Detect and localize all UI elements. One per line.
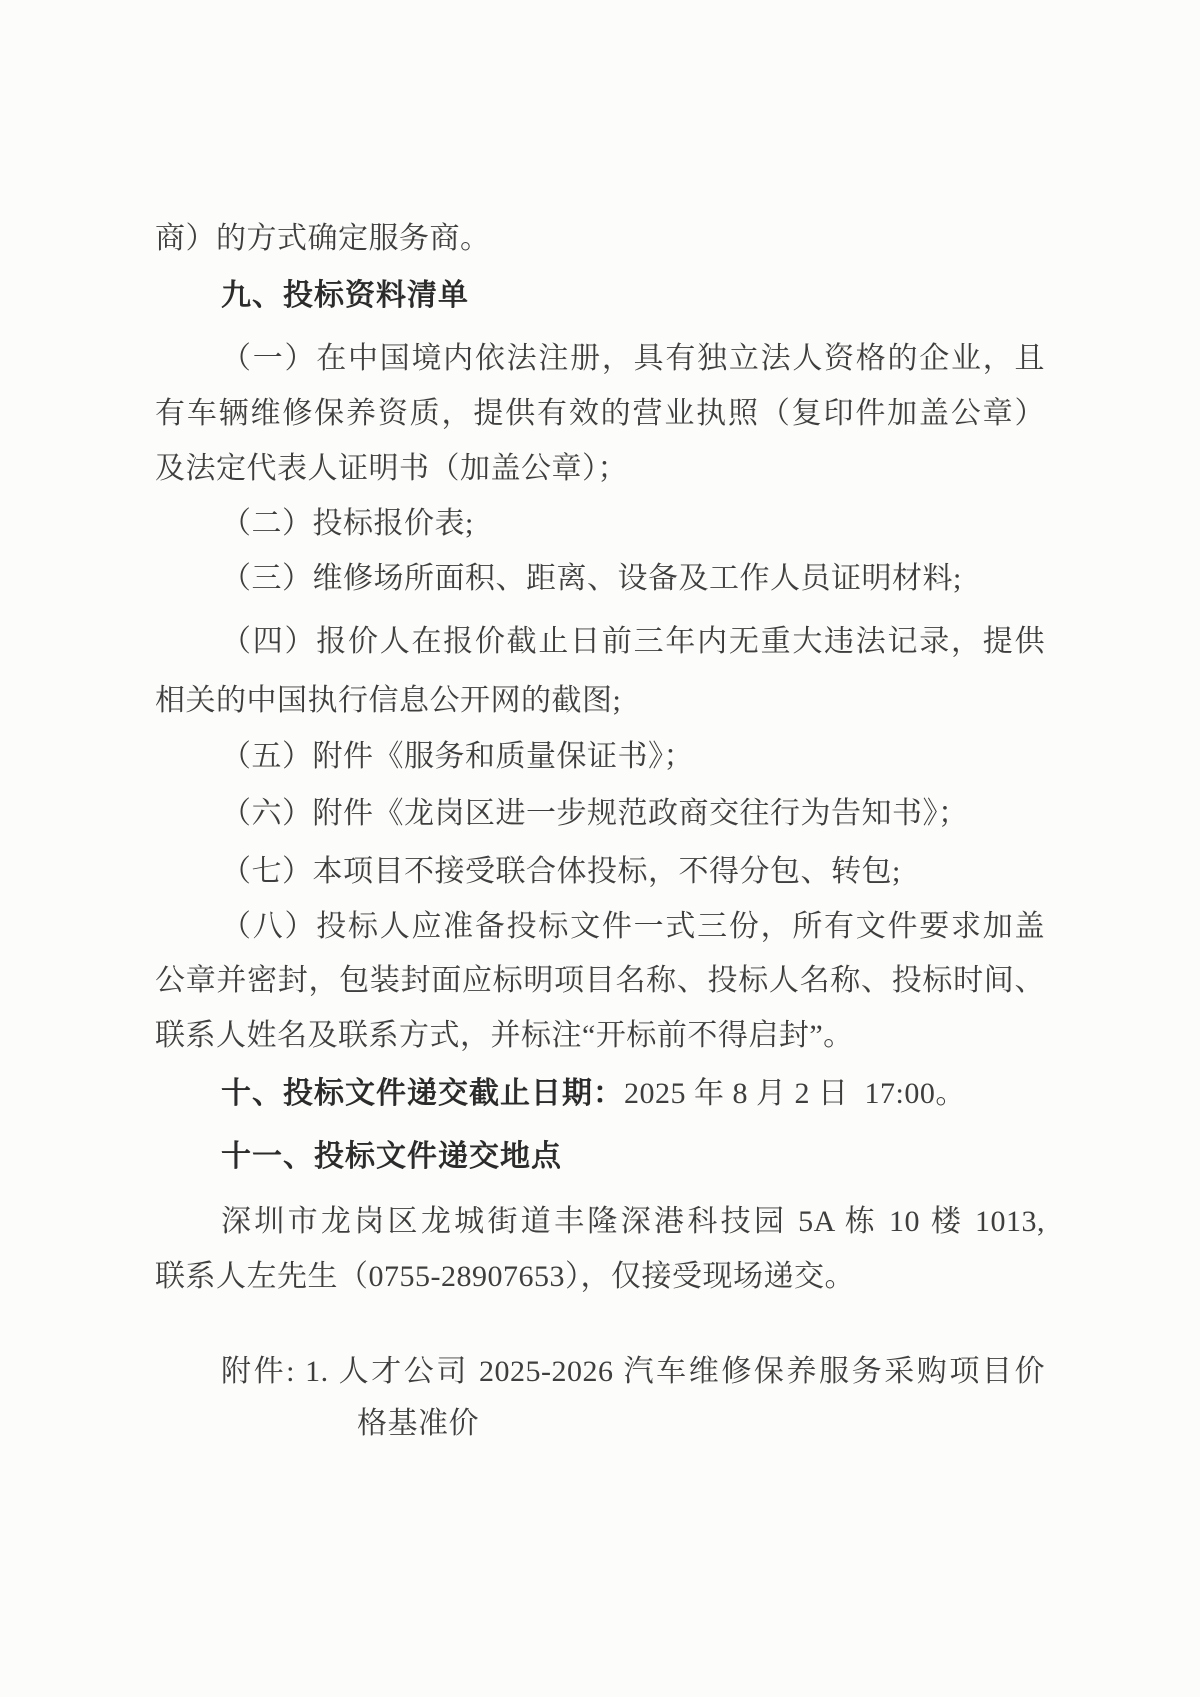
list-item-5: （五）附件《服务和质量保证书》； — [155, 740, 1045, 774]
list-item-8-line-1: （八）投标人应准备投标文件一式三份，所有文件要求加盖 — [155, 910, 1045, 944]
attachment-line-2: 格基准价 — [155, 1407, 1045, 1441]
address-line-1: 深圳市龙岗区龙城街道丰隆深港科技园 5A 栋 10 楼 1013, — [155, 1205, 1045, 1239]
section-9-heading: 九、投标资料清单 — [155, 279, 1045, 313]
scanned-document-page: 商）的方式确定服务商。 九、投标资料清单 （一）在中国境内依法注册，具有独立法人… — [0, 0, 1200, 1697]
list-item-8-line-3: 联系人姓名及联系方式，并标注“开标前不得启封”。 — [155, 1019, 1045, 1053]
list-item-1-line-1: （一）在中国境内依法注册，具有独立法人资格的企业，且 — [155, 342, 1045, 376]
section-11-heading: 十一、投标文件递交地点 — [155, 1140, 1045, 1174]
address-line-2: 联系人左先生（0755-28907653），仅接受现场递交。 — [155, 1260, 1045, 1294]
list-item-1-line-3: 及法定代表人证明书（加盖公章）； — [155, 452, 1045, 486]
section-10-deadline-value: 2025 年 8 月 2 日 17:00。 — [624, 1077, 966, 1110]
list-item-2: （二）投标报价表; — [155, 507, 1045, 541]
doc-line: 商）的方式确定服务商。 — [155, 222, 1045, 256]
list-item-3: （三）维修场所面积、距离、设备及工作人员证明材料; — [155, 562, 1045, 596]
list-item-4-line-1: （四）报价人在报价截止日前三年内无重大违法记录，提供 — [155, 625, 1045, 659]
section-10-heading-label: 十、投标文件递交截止日期： — [221, 1077, 624, 1110]
list-item-8-line-2: 公章并密封，包装封面应标明项目名称、投标人名称、投标时间、 — [155, 964, 1045, 998]
list-item-1-line-2: 有车辆维修保养资质，提供有效的营业执照（复印件加盖公章） — [155, 397, 1045, 431]
list-item-4-line-2: 相关的中国执行信息公开网的截图; — [155, 684, 1045, 718]
list-item-6: （六）附件《龙岗区进一步规范政商交往行为告知书》； — [155, 797, 1045, 831]
section-10-heading-line: 十、投标文件递交截止日期：2025 年 8 月 2 日 17:00。 — [155, 1077, 1045, 1111]
list-item-7: （七）本项目不接受联合体投标，不得分包、转包; — [155, 855, 1045, 889]
attachment-line-1: 附件: 1. 人才公司 2025-2026 汽车维修保养服务采购项目价 — [155, 1355, 1045, 1389]
